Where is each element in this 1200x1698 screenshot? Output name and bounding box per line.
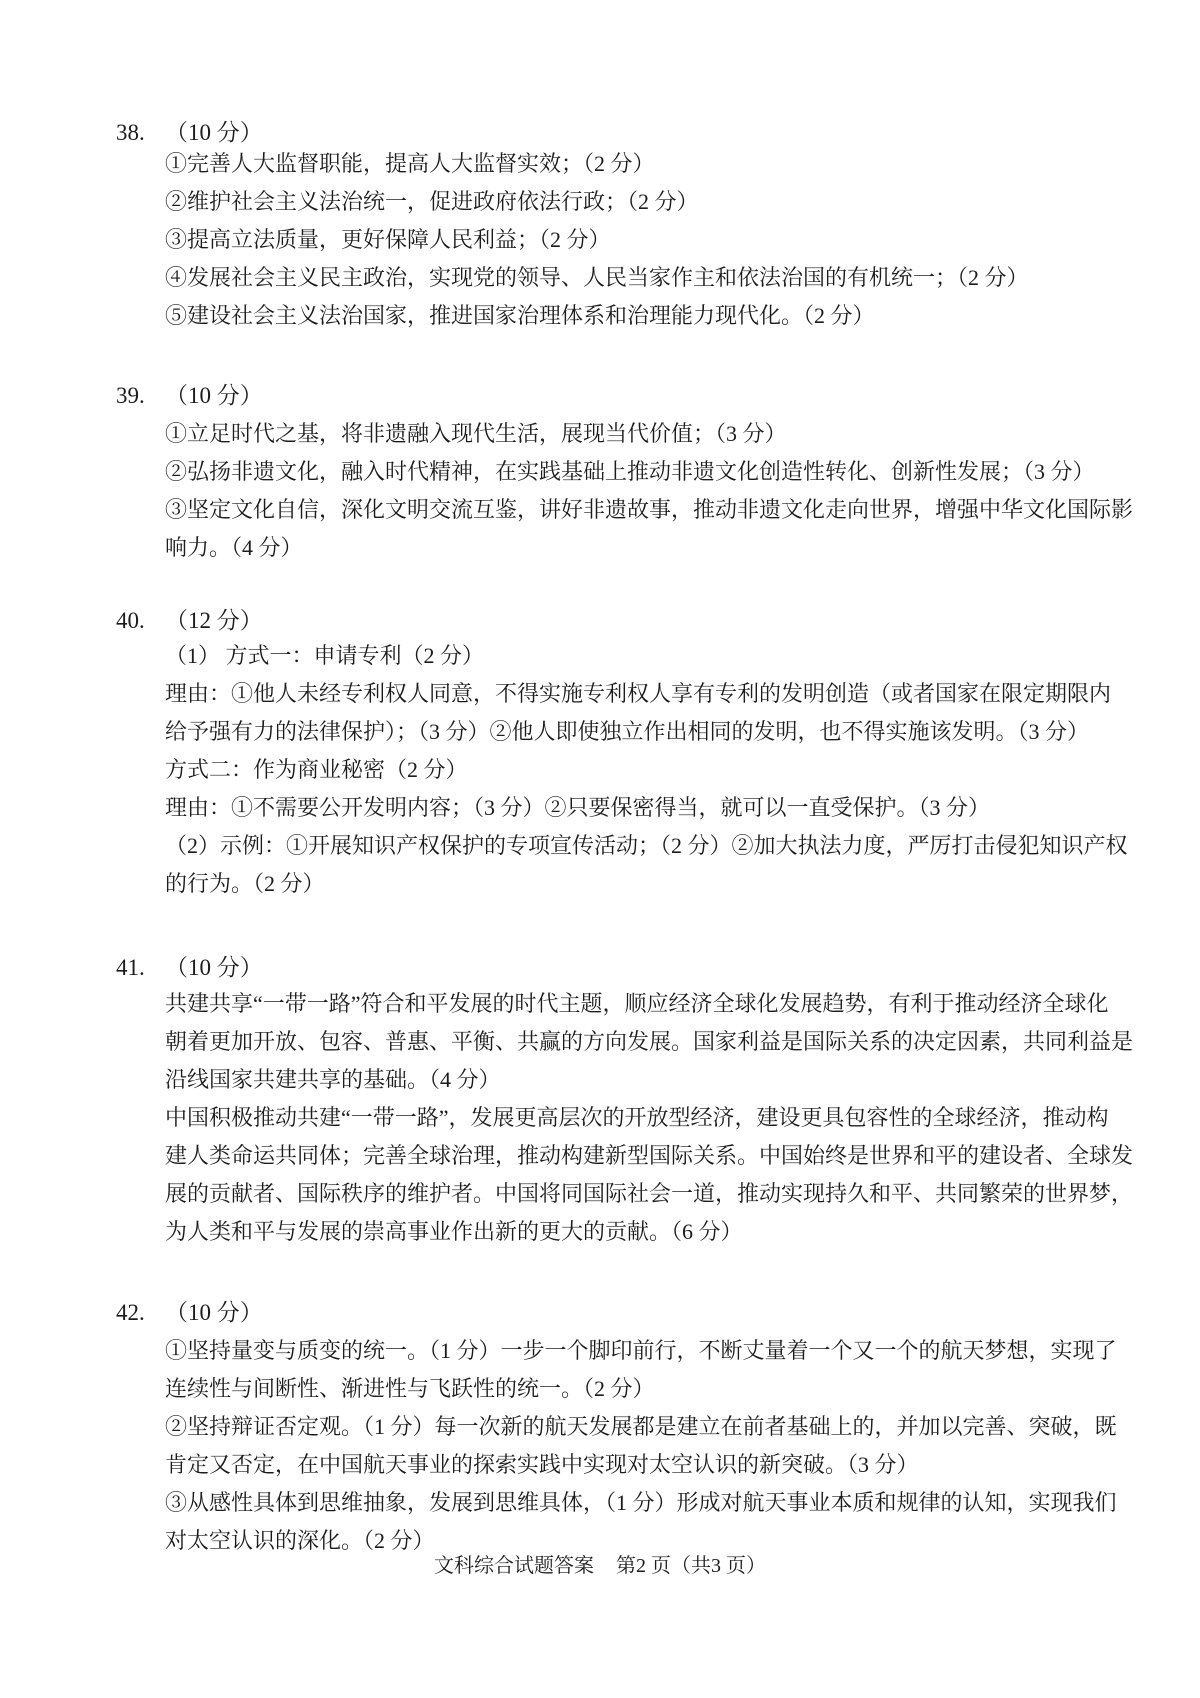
section-header: 40.（12 分） xyxy=(116,602,263,640)
answer-lines: ①立足时代之基，将非遗融入现代生活，展现当代价值；（3 分） ②弘扬非遗文化，融… xyxy=(165,415,1165,567)
page-footer: 文科综合试题答案第2 页（共3 页） xyxy=(0,1551,1200,1581)
answer-line: 朝着更加开放、包容、普惠、平衡、共赢的方向发展。国家利益是国际关系的决定因素，共… xyxy=(165,1023,1165,1061)
question-score: （10 分） xyxy=(165,955,263,980)
question-number: 39. xyxy=(116,377,165,415)
answer-line: ③坚定文化自信，深化文明交流互鉴，讲好非遗故事，推动非遗文化走向世界，增强中华文… xyxy=(165,491,1165,529)
answer-line: 连续性与间断性、渐进性与飞跃性的统一。（2 分） xyxy=(165,1370,1165,1408)
question-number: 41. xyxy=(116,949,165,987)
answer-lines: ①完善人大监督职能，提高人大监督实效；（2 分） ②维护社会主义法治统一，促进政… xyxy=(165,145,1165,335)
answer-line: 理由：①他人未经专利权人同意，不得实施专利权人享有专利的发明创造（或者国家在限定… xyxy=(165,675,1165,713)
answer-line: （1） 方式一：申请专利（2 分） xyxy=(165,637,1165,675)
section-header: 42.（10 分） xyxy=(116,1294,263,1332)
exam-answer-page: 38.（10 分） ①完善人大监督职能，提高人大监督实效；（2 分） ②维护社会… xyxy=(0,0,1200,1698)
section-header: 41.（10 分） xyxy=(116,949,263,987)
answer-line: ②坚持辩证否定观。（1 分）每一次新的航天发展都是建立在前者基础上的，并加以完善… xyxy=(165,1408,1165,1446)
answer-line: 共建共享“一带一路”符合和平发展的时代主题，顺应经济全球化发展趋势，有利于推动经… xyxy=(165,985,1165,1023)
answer-line: （2）示例：①开展知识产权保护的专项宣传活动；（2 分）②加大执法力度，严厉打击… xyxy=(165,827,1165,865)
answer-lines: 共建共享“一带一路”符合和平发展的时代主题，顺应经济全球化发展趋势，有利于推动经… xyxy=(165,985,1165,1251)
answer-line: 理由：①不需要公开发明内容；（3 分）②只要保密得当，就可以一直受保护。（3 分… xyxy=(165,789,1165,827)
answer-line: ⑤建设社会主义法治国家，推进国家治理体系和治理能力现代化。（2 分） xyxy=(165,297,1165,335)
answer-line: ③提高立法质量，更好保障人民利益；（2 分） xyxy=(165,221,1165,259)
answer-line: ①完善人大监督职能，提高人大监督实效；（2 分） xyxy=(165,145,1165,183)
question-score: （10 分） xyxy=(165,120,263,145)
answer-line: 建人类命运共同体；完善全球治理，推动构建新型国际关系。中国始终是世界和平的建设者… xyxy=(165,1137,1165,1175)
answer-lines: （1） 方式一：申请专利（2 分） 理由：①他人未经专利权人同意，不得实施专利权… xyxy=(165,637,1165,903)
answer-line: ②弘扬非遗文化，融入时代精神，在实践基础上推动非遗文化创造性转化、创新性发展；（… xyxy=(165,453,1165,491)
question-score: （10 分） xyxy=(165,383,263,408)
answer-line: 中国积极推动共建“一带一路”，发展更高层次的开放型经济，建设更具包容性的全球经济… xyxy=(165,1099,1165,1137)
answer-line: 展的贡献者、国际秩序的维护者。中国将同国际社会一道，推动实现持久和平、共同繁荣的… xyxy=(165,1175,1165,1213)
answer-line: 方式二：作为商业秘密（2 分） xyxy=(165,751,1165,789)
answer-line: 响力。（4 分） xyxy=(165,529,1165,567)
answer-line: ④发展社会主义民主政治，实现党的领导、人民当家作主和依法治国的有机统一；（2 分… xyxy=(165,259,1165,297)
answer-line: ②维护社会主义法治统一，促进政府依法行政；（2 分） xyxy=(165,183,1165,221)
footer-document-title: 文科综合试题答案 xyxy=(434,1555,594,1577)
question-number: 38. xyxy=(116,114,165,152)
answer-line: ①坚持量变与质变的统一。（1 分）一步一个脚印前行，不断丈量着一个又一个的航天梦… xyxy=(165,1332,1165,1370)
answer-line: 的行为。（2 分） xyxy=(165,865,1165,903)
answer-line: ①立足时代之基，将非遗融入现代生活，展现当代价值；（3 分） xyxy=(165,415,1165,453)
answer-line: 给予强有力的法律保护）；（3 分）②他人即使独立作出相同的发明，也不得实施该发明… xyxy=(165,713,1165,751)
answer-line: 为人类和平与发展的崇高事业作出新的更大的贡献。（6 分） xyxy=(165,1213,1165,1251)
answer-line: ③从感性具体到思维抽象，发展到思维具体，（1 分）形成对航天事业本质和规律的认知… xyxy=(165,1484,1165,1522)
question-number: 40. xyxy=(116,602,165,640)
question-score: （12 分） xyxy=(165,608,263,633)
question-score: （10 分） xyxy=(165,1300,263,1325)
question-number: 42. xyxy=(116,1294,165,1332)
answer-line: 肯定又否定，在中国航天事业的探索实践中实现对太空认识的新突破。（3 分） xyxy=(165,1446,1165,1484)
section-header: 39.（10 分） xyxy=(116,377,263,415)
answer-line: 沿线国家共建共享的基础。（4 分） xyxy=(165,1061,1165,1099)
footer-page-number: 第2 页（共3 页） xyxy=(616,1555,766,1577)
answer-lines: ①坚持量变与质变的统一。（1 分）一步一个脚印前行，不断丈量着一个又一个的航天梦… xyxy=(165,1332,1165,1560)
